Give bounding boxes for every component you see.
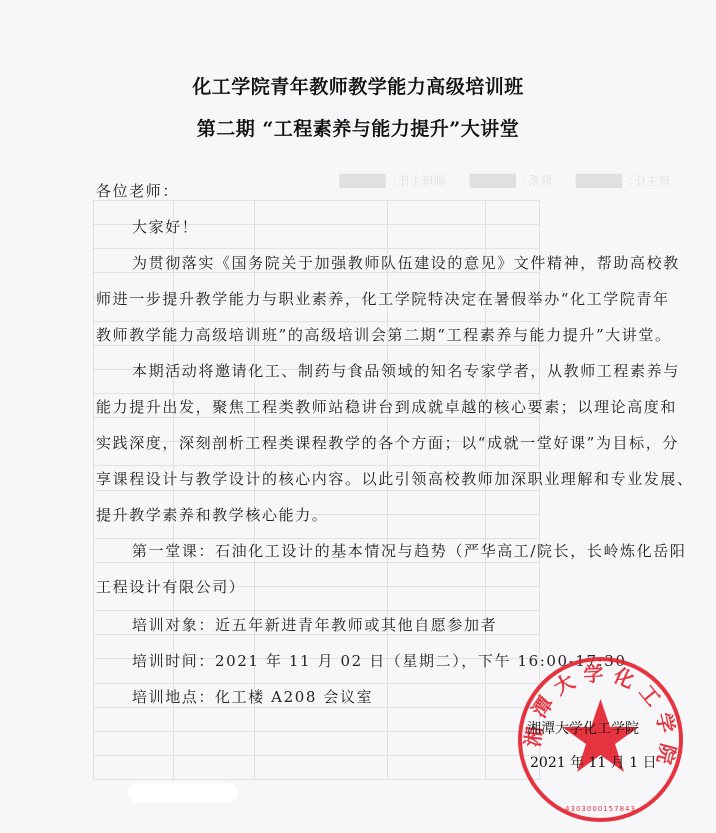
paragraph2-line2: 能力提升出发，聚焦工程类教师站稳讲台到成就卓越的核心要素；以理论高度和 — [96, 396, 677, 417]
training-audience: 培训对象：近五年新进青年教师或其他自愿参加者 — [132, 614, 497, 635]
paragraph2-line1: 本期活动将邀请化工、制药与食品领域的知名专家学者，从教师工程素养与 — [132, 360, 680, 381]
paragraph1-line2: 师进一步提升教学能力与职业素养，化工学院特决定在暑假举办“化工学院青年 — [96, 288, 670, 309]
lecture-line1: 第一堂课：石油化工设计的基本情况与趋势（严华高工/院长，长岭炼化岳阳 — [132, 540, 686, 561]
paragraph2-line5: 提升教学素养和教学核心能力。 — [96, 504, 328, 525]
paragraph1-line3: 教师教学能力高级培训班”的高级培训会第二期“工程素养与能力提升”大讲堂。 — [96, 324, 672, 345]
salutation: 各位老师： — [96, 180, 179, 201]
seal-star-icon: 湘潭大学化工学院 4303000157843 — [522, 661, 679, 818]
document-subtitle: 第二期 “工程素养与能力提升”大讲堂 — [0, 114, 716, 141]
redaction-smudge — [128, 783, 238, 803]
paragraph1-line1: 为贯彻落实《国务院关于加强教师队伍建设的意见》文件精神，帮助高校教 — [132, 252, 680, 273]
bleed-through-header: 班主任：█████ 联系：█████ 副班主任：█████ — [250, 172, 670, 189]
training-location: 培训地点：化工楼 A208 会议室 — [132, 686, 373, 707]
document-title: 化工学院青年教师教学能力高级培训班 — [0, 72, 716, 99]
lecture-line2: 工程设计有限公司） — [96, 576, 245, 597]
paragraph2-line3: 实践深度，深刻剖析工程类课程教学的各个方面；以“成就一堂好课”为目标，分 — [96, 432, 679, 453]
svg-text:4303000157843: 4303000157843 — [565, 805, 636, 813]
greeting: 大家好！ — [132, 216, 198, 237]
official-seal: 湘潭大学化工学院 4303000157843 — [518, 657, 683, 822]
paragraph2-line4: 享课程设计与教学设计的核心内容。以此引领高校教师加深职业理解和专业发展、 — [96, 468, 694, 489]
signature-date: 2021 年 11 月 1 日 — [530, 752, 657, 772]
signature-organization: 湘潭大学化工学院 — [527, 718, 639, 738]
